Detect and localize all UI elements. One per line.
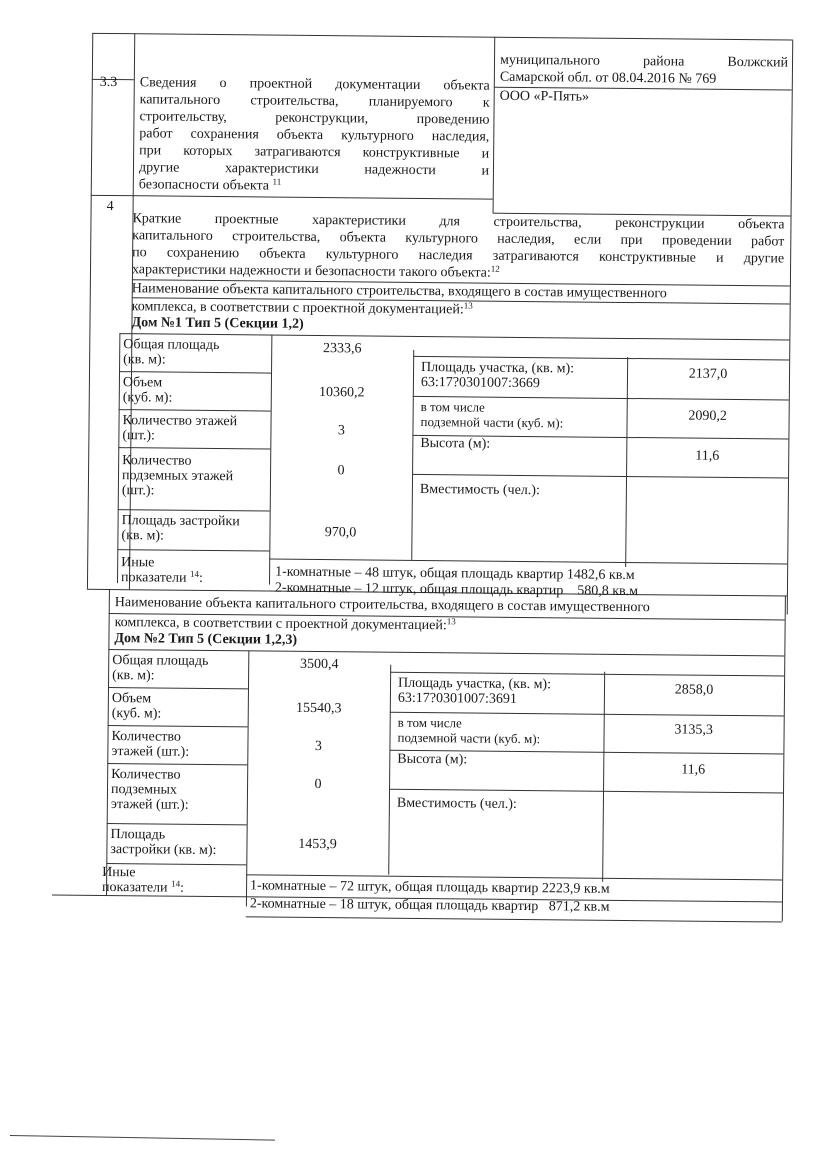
footnote-ref: 13 (447, 616, 456, 626)
object-title: Дом №1 Тип 5 (Секции 1,2) (131, 315, 303, 332)
grid-line (782, 596, 786, 922)
cell-label: Площадь участка, (кв. м):63:17?0301007:3… (421, 360, 574, 391)
cell-value-volume: 10360,2 (271, 385, 413, 401)
cell-value-height: 11,6 (603, 762, 783, 779)
label-line: другие характеристики надежности и (139, 160, 489, 178)
cell-label: Площадь участка, (кв. м):63:17?0301007:3… (398, 676, 551, 707)
cell-label: Общая площадь(кв. м): (123, 337, 219, 368)
cell-value-plot-area: 2858,0 (604, 682, 784, 699)
cell-label: Площадьзастройки (кв. м): (110, 827, 216, 858)
cell-label: Площадь застройки(кв. м): (121, 513, 239, 544)
row-4-intro: Краткие проектные характеристики для стр… (5, 0, 832, 4)
label-line: капитального строительства, планируемого… (140, 92, 490, 110)
table-left-border (87, 33, 93, 589)
grid-line (119, 371, 271, 373)
row-divider (119, 333, 789, 340)
object-2-block: Наименование объекта капитального строит… (5, 0, 832, 4)
cell-value-built-area: 1453,9 (246, 836, 388, 852)
cell-value-plot-area: 2137,0 (627, 366, 789, 383)
grid-line (108, 725, 248, 727)
grid-line (119, 409, 271, 411)
label-line: работ сохранения объекта культурного нас… (139, 126, 489, 144)
cell-label: Высота (м): (420, 436, 490, 452)
cell-label: Высота (м): (397, 752, 467, 768)
cell-label: Общая площадь(кв. м): (112, 653, 208, 684)
table-top-border (92, 33, 792, 41)
object-name-text: комплекса, в соответствии с проектной до… (115, 615, 447, 633)
value-column-divider (493, 37, 496, 213)
cell-label: Количествоэтажей (шт.): (111, 729, 189, 760)
cell-value-volume: 15540,3 (248, 700, 390, 716)
grid-line (269, 559, 787, 565)
row-number-4: 4 (107, 199, 114, 214)
other-line-2: 2-комнатные – 18 штук, общая площадь ква… (250, 896, 610, 914)
row-divider (91, 195, 493, 200)
object-title: Дом №2 Тип 5 (Секции 1,2,3) (114, 631, 297, 648)
other-line-1: 1-комнатные – 72 штук, общая площадь ква… (250, 878, 610, 896)
cell-label: Количество этажей(шт.): (122, 413, 237, 444)
cell-label: Объем(куб. м): (112, 691, 162, 721)
cell-label: Вместимость (чел.): (397, 796, 517, 812)
cell-label: Количествоподземныхэтажей (шт.): (111, 767, 189, 813)
object-1-block: Наименование объекта капитального строит… (5, 0, 832, 4)
footnote-ref: 13 (464, 300, 473, 310)
table-right-border (787, 40, 794, 615)
other-label: Иныепоказатели 14: (121, 555, 203, 586)
grid-line (117, 549, 269, 551)
cell-value-height: 11,6 (626, 448, 788, 465)
cell-value-capacity (626, 484, 788, 486)
label-line: строительству, реконструкции, проведению (139, 109, 489, 127)
cell-label: Объем(куб. м): (123, 375, 173, 405)
row-divider (108, 649, 784, 656)
intro-text: характеристики надежности и безопасности… (132, 262, 491, 280)
grid-line (412, 474, 788, 479)
prev-row-value-line1: муниципального района Волжский (500, 53, 788, 71)
grid-line (106, 589, 110, 895)
cell-label: в том числеподземной части (куб. м): (397, 715, 540, 746)
cell-value-total-area: 2333,6 (271, 341, 413, 357)
object-name-text: комплекса, в соответствии с проектной до… (132, 299, 464, 317)
cell-value-underground-volume: 3135,3 (604, 722, 784, 739)
intro-line-last: характеристики надежности и безопасности… (132, 262, 500, 281)
cell-value-built-area: 970,0 (269, 525, 411, 541)
cell-label: в том числеподземной части (куб. м): (420, 399, 563, 430)
cell-value-total-area: 3500,4 (248, 656, 390, 672)
cell-value-floors: 3 (247, 738, 389, 754)
cell-label: Количествоподземных этажей(шт.): (122, 453, 234, 499)
cell-label: Вместимость (чел.): (420, 482, 540, 498)
grid-line (118, 509, 270, 511)
cell-value-floors: 3 (270, 423, 412, 439)
prev-row-value-line2: Самарской обл. от 08.04.2016 № 769 (500, 70, 717, 87)
grid-line (107, 823, 247, 825)
label-line: при которых затрагиваются конструктивные… (139, 143, 489, 161)
cell-value-capacity (603, 798, 783, 800)
grid-line (118, 447, 270, 449)
label-line-last: безопасности объекта 11 (139, 177, 282, 193)
footnote-ref: 12 (491, 264, 500, 274)
grid-line (108, 687, 248, 689)
cell-value-underground-floors: 0 (270, 463, 412, 479)
cell-value-underground-volume: 2090,2 (627, 408, 789, 425)
other-label: Иныепоказатели 14: (102, 865, 184, 896)
scanned-page: муниципального района Волжский Самарской… (0, 0, 832, 1169)
grid-line (107, 763, 247, 765)
table-bottom-border (246, 916, 782, 922)
label-text: безопасности объекта (139, 177, 269, 193)
footnote-ref: 11 (273, 177, 282, 187)
developer-name: ООО «Р-Пять» (500, 89, 589, 105)
cell-value-underground-floors: 0 (247, 776, 389, 792)
grid-line (411, 350, 414, 560)
row-number-3-3: 3.3 (100, 75, 118, 90)
label-line: Сведения о проектной документации объект… (140, 75, 490, 93)
grid-line (389, 789, 783, 794)
row-3-3-label: Сведения о проектной документации объект… (5, 0, 832, 4)
grid-line (388, 665, 391, 875)
